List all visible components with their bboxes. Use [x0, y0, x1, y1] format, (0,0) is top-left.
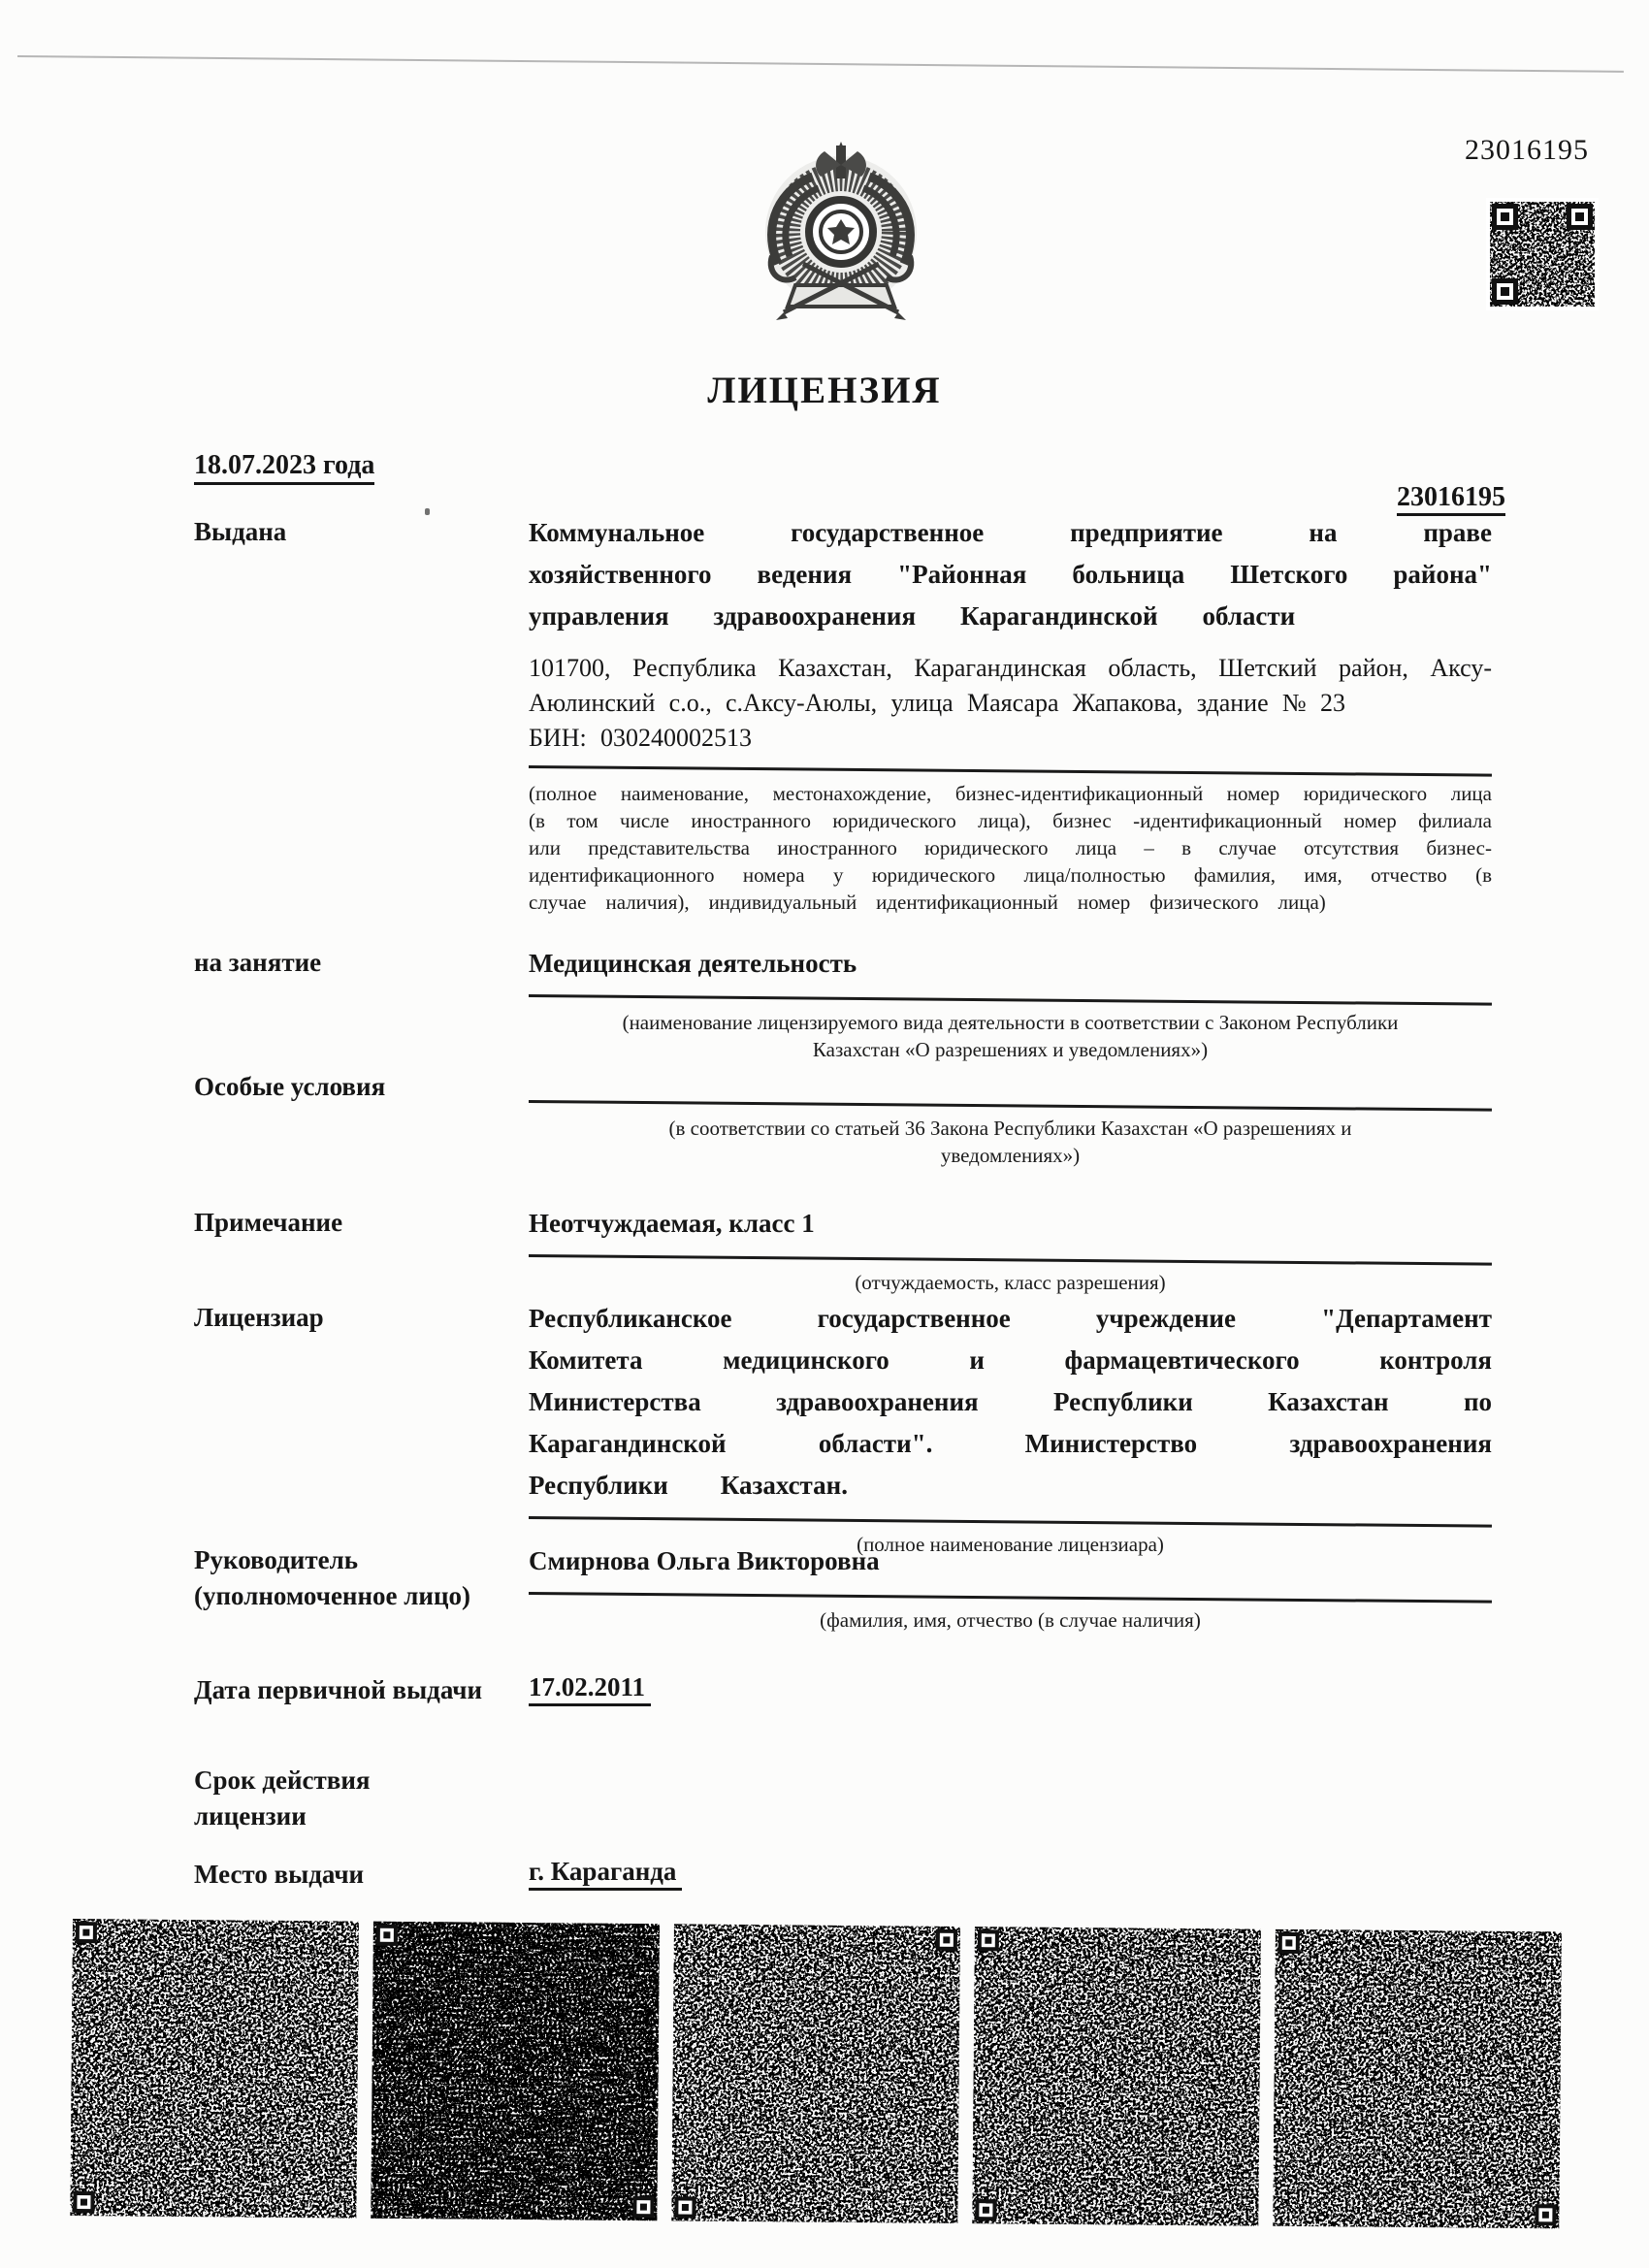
rule-line: [529, 765, 1492, 777]
qr-code-icon: [1486, 198, 1599, 310]
field-row-activity: на занятие Медицинская деятельность (наи…: [194, 943, 1492, 1063]
document-title: ЛИЦЕНЗИЯ: [0, 369, 1649, 412]
barcode-block: [972, 1927, 1261, 2226]
field-label-validity: Срок действия лицензии: [194, 1761, 529, 1834]
licensee-name: Коммунальное государственное предприятие…: [529, 512, 1492, 637]
first-issue-date: 17.02.2011: [529, 1670, 651, 1706]
rule-line: [529, 1100, 1492, 1112]
field-label-head: Руководитель (уполномоченное лицо): [194, 1540, 529, 1634]
rule-line: [529, 1254, 1492, 1266]
empty-value: [529, 1067, 1492, 1100]
field-label-licensor: Лицензиар: [194, 1298, 529, 1558]
field-label-issued-to: Выдана: [194, 512, 529, 916]
barcode-strip: [70, 1919, 1568, 2228]
issue-date: 18.07.2023 года: [194, 450, 374, 485]
field-label-remark: Примечание: [194, 1203, 529, 1296]
rule-line: [529, 1516, 1492, 1528]
field-note-head: (фамилия, имя, отчество (в случае наличи…: [584, 1606, 1438, 1634]
field-label-special-conditions: Особые условия: [194, 1067, 529, 1169]
field-row-first-issue: Дата первичной выдачи 17.02.2011: [194, 1670, 1492, 1708]
licensor-value: Республиканское государственное учрежден…: [529, 1298, 1492, 1507]
field-label-first-issue: Дата первичной выдачи: [194, 1670, 529, 1708]
field-label-activity: на занятие: [194, 943, 529, 1063]
field-note-remark: (отчуждаемость, класс разрешения): [584, 1269, 1438, 1296]
field-row-validity: Срок действия лицензии: [194, 1761, 1492, 1834]
field-note-special-conditions: (в соответствии со статьей 36 Закона Рес…: [613, 1115, 1408, 1169]
document-number-top: 23016195: [1465, 134, 1589, 167]
rule-line: [529, 1592, 1492, 1604]
barcode-block: [1273, 1929, 1562, 2229]
activity-value: Медицинская деятельность: [529, 943, 1492, 985]
field-row-issued-to: Выдана Коммунальное государственное пред…: [194, 512, 1492, 916]
barcode-block: [70, 1919, 359, 2219]
kazakhstan-coat-of-arms-icon: [753, 140, 929, 324]
field-label-issue-place: Место выдачи: [194, 1855, 529, 1893]
barcode-block: [671, 1924, 960, 2223]
field-row-licensor: Лицензиар Республиканское государственно…: [194, 1298, 1492, 1558]
rule-line: [529, 994, 1492, 1006]
licensee-bin: БИН: 030240002513: [529, 721, 1492, 756]
scan-artifact-line: [17, 55, 1624, 73]
field-row-remark: Примечание Неотчуждаемая, класс 1 (отчуж…: [194, 1203, 1492, 1296]
field-row-issue-place: Место выдачи г. Караганда: [194, 1855, 1492, 1893]
barcode-block: [371, 1922, 660, 2221]
field-note-issued-to: (полное наименование, местонахождение, б…: [529, 780, 1492, 916]
licensee-address: 101700, Республика Казахстан, Карагандин…: [529, 651, 1492, 721]
head-value: Смирнова Ольга Викторовна: [529, 1540, 1492, 1582]
license-document-page: 23016195: [0, 0, 1649, 2268]
field-note-activity: (наименование лицензируемого вида деятел…: [584, 1009, 1438, 1063]
license-number: 23016195: [1397, 482, 1505, 516]
remark-value: Неотчуждаемая, класс 1: [529, 1203, 1492, 1245]
issue-place-value: г. Караганда: [529, 1855, 682, 1891]
field-row-head: Руководитель (уполномоченное лицо) Смирн…: [194, 1540, 1492, 1634]
field-row-special-conditions: Особые условия (в соответствии со статье…: [194, 1067, 1492, 1169]
